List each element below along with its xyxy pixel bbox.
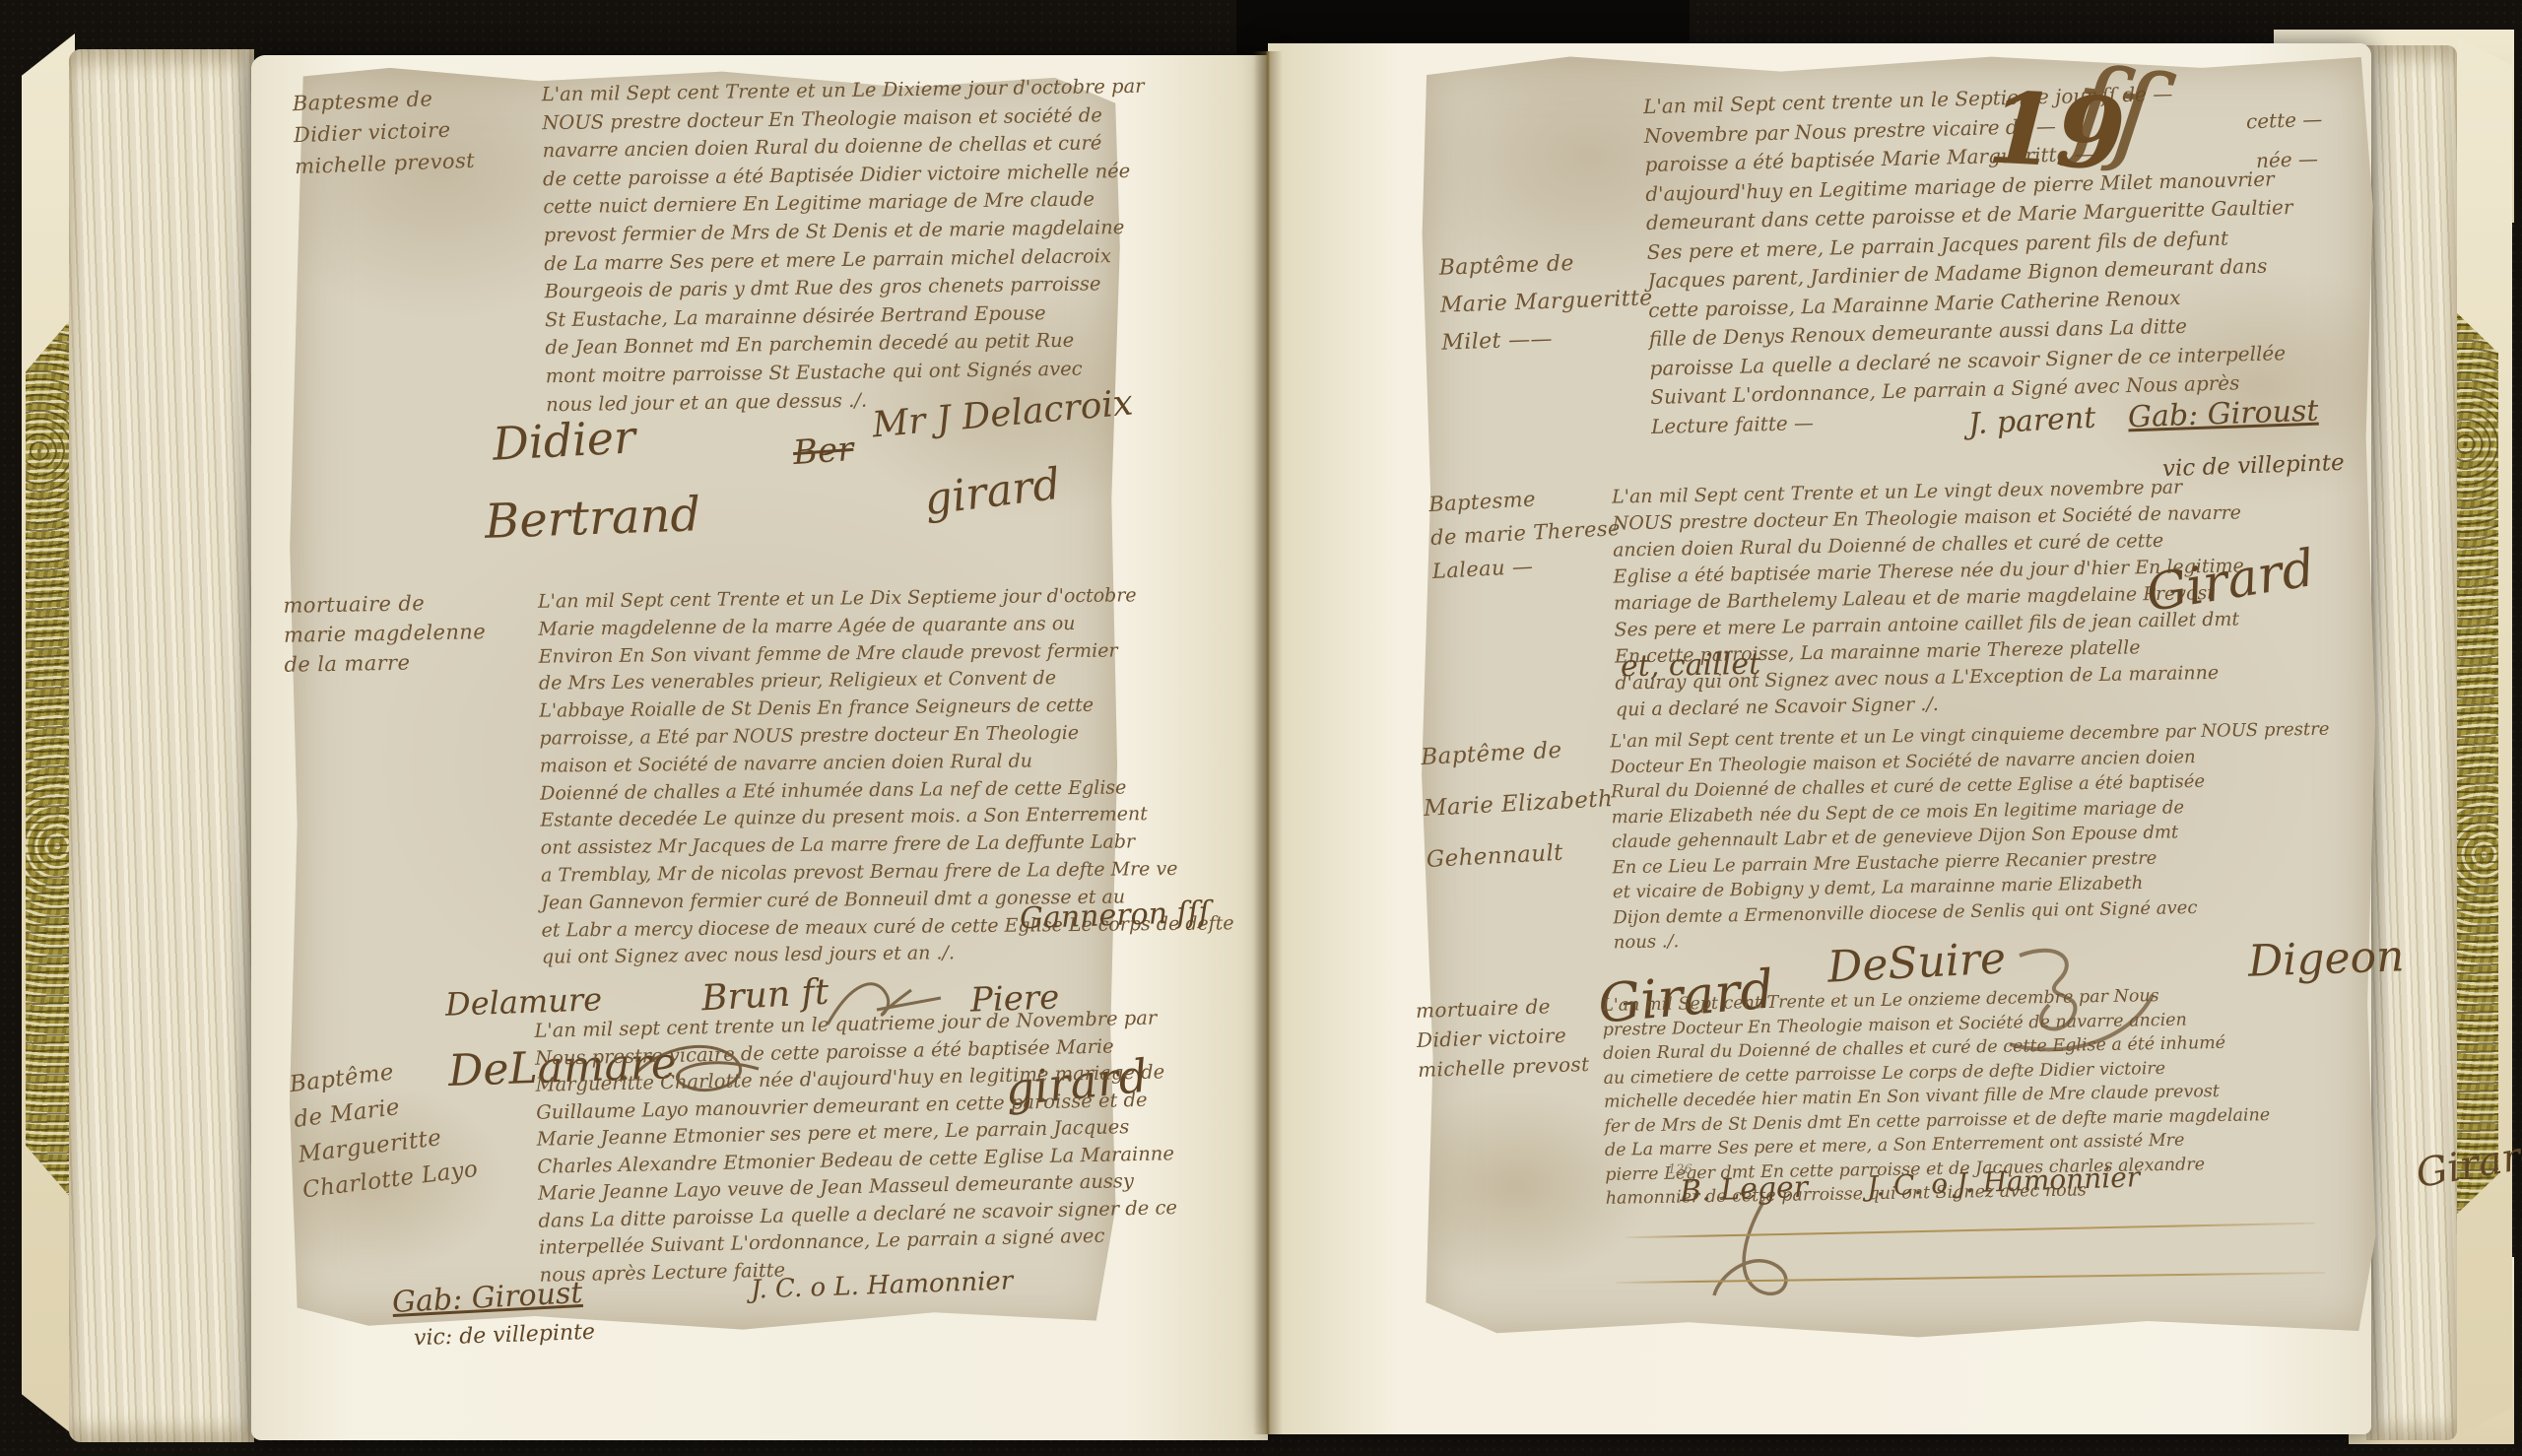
signature-desuire: DeSuire — [1826, 933, 2007, 992]
left-entry3-margin-note: Baptêmede MarieMargueritteCharlotte Layo — [288, 1046, 480, 1209]
signature-giroust-right: Gab: Giroust — [2127, 394, 2319, 435]
right-entry1-gap-word-cette: cette — — [2246, 107, 2323, 134]
left-page-block-edges — [69, 49, 254, 1442]
signature-caillet: et, caillet — [1621, 647, 1761, 684]
left-entry3-body: L'an mil sept cent trente un le quatriem… — [534, 1004, 1178, 1289]
signature-didier: Didier — [492, 410, 637, 471]
photograph-of-open-register: { "document": { "kind_label": "handwritt… — [0, 0, 2522, 1456]
left-marbled-endpaper — [26, 319, 71, 1198]
right-page-block-edges — [2366, 45, 2457, 1440]
left-entry1-body: L'an mil Sept cent Trente et un Le Dixie… — [542, 73, 1149, 420]
signature-digeon: Digeon — [2247, 931, 2405, 986]
signature-parent: J. parent — [1967, 401, 2096, 442]
signature-paraph-leger — [1704, 1197, 1832, 1305]
right-entry2-margin-note: Baptesmede marie ThereseLaleau — — [1427, 478, 1623, 588]
right-entry3-body: L'an mil Sept cent trente et un Le vingt… — [1610, 717, 2333, 956]
right-entry4-margin-note: mortuaire deDidier victoiremichelle prev… — [1415, 990, 1590, 1085]
signature-ganneron: Ganneron ſſſ — [1019, 895, 1210, 937]
signature-bertrand: Bertrand — [484, 487, 701, 550]
ink-flourish-over-19: ſſ — [2066, 42, 2162, 179]
right-marbled-endpaper — [2451, 307, 2498, 1220]
right-entry3-margin-note: Baptême deMarie ElizabethGehennault — [1420, 722, 1617, 886]
signature-crossed-out-word: Ber — [792, 430, 855, 473]
right-entry1-gap-word-nee: née — — [2256, 147, 2319, 172]
left-entry1-margin-note: Baptesme deDidier victoiremichelle prevo… — [292, 82, 475, 182]
right-entry1-margin-note: Baptême deMarie MargueritteMilet —— — [1438, 242, 1655, 362]
right-entry1-body: L'an mil Sept cent trente un le Septieme… — [1643, 77, 2298, 441]
folio-number: 126 — [1668, 1162, 1692, 1177]
left-entry2-margin-note: mortuaire demarie magdelennede la marre — [283, 587, 487, 680]
gutter-fold — [1253, 51, 1283, 1434]
